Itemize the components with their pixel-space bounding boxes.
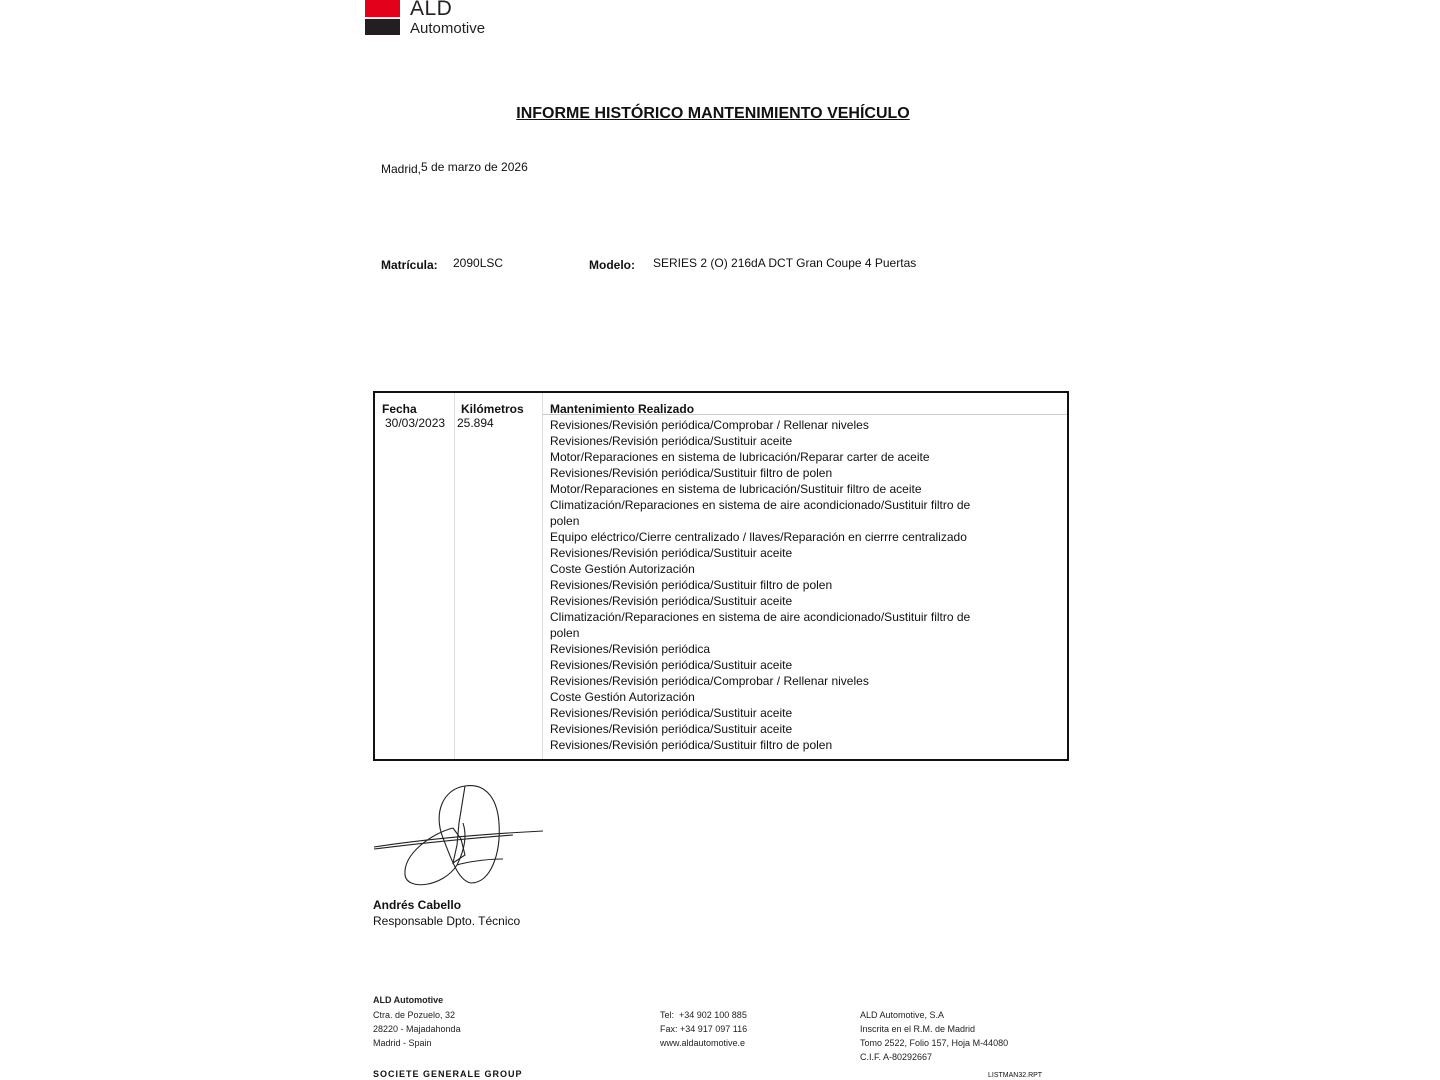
maintenance-item: Revisiones/Revisión periódica/Sustituir … [550, 737, 990, 753]
group-name: SOCIETE GENERALE GROUP [373, 1069, 523, 1079]
maintenance-item: Coste Gestión Autorización [550, 561, 990, 577]
ald-automotive-logo: ALD Automotive [365, 0, 485, 36]
maintenance-item: Coste Gestión Autorización [550, 689, 990, 705]
legal-line: Inscrita en el R.M. de Madrid [860, 1022, 1008, 1036]
maintenance-item: Revisiones/Revisión periódica/Comprobar … [550, 673, 990, 689]
maintenance-item: Revisiones/Revisión periódica/Sustituir … [550, 705, 990, 721]
footer-contact: Tel: +34 902 100 885 Fax: +34 917 097 11… [660, 1008, 747, 1050]
maintenance-items-list: Revisiones/Revisión periódica/Comprobar … [550, 417, 990, 753]
maintenance-item: Revisiones/Revisión periódica/Sustituir … [550, 657, 990, 673]
maintenance-item: Revisiones/Revisión periódica/Sustituir … [550, 721, 990, 737]
logo-brand-subtitle: Automotive [410, 21, 485, 36]
plate-label: Matrícula: [381, 258, 438, 272]
maintenance-item: Revisiones/Revisión periódica/Comprobar … [550, 417, 990, 433]
footer-address: Ctra. de Pozuelo, 32 28220 - Majadahonda… [373, 1008, 461, 1050]
maintenance-item: Revisiones/Revisión periódica/Sustituir … [550, 577, 990, 593]
maintenance-item: Motor/Reparaciones en sistema de lubrica… [550, 449, 990, 465]
model-label: Modelo: [589, 258, 635, 272]
legal-line: ALD Automotive, S.A [860, 1008, 1008, 1022]
header-date: Fecha [382, 402, 417, 416]
maintenance-item: Motor/Reparaciones en sistema de lubrica… [550, 481, 990, 497]
signer-role: Responsable Dpto. Técnico [373, 914, 520, 928]
header-maintenance: Mantenimiento Realizado [550, 402, 694, 416]
maintenance-item: Climatización/Reparaciones en sistema de… [550, 609, 990, 641]
address-line: Madrid - Spain [373, 1036, 461, 1050]
footer-legal: ALD Automotive, S.A Inscrita en el R.M. … [860, 1008, 1008, 1064]
maintenance-item: Revisiones/Revisión periódica/Sustituir … [550, 433, 990, 449]
report-date: 5 de marzo de 2026 [421, 160, 528, 174]
signature-image [373, 783, 545, 891]
footer-company: ALD Automotive [373, 993, 443, 1007]
maintenance-item: Climatización/Reparaciones en sistema de… [550, 497, 990, 529]
legal-line: C.I.F. A-80292667 [860, 1050, 1008, 1064]
legal-line: Tomo 2522, Folio 157, Hoja M-44080 [860, 1036, 1008, 1050]
column-divider [542, 393, 543, 759]
maintenance-item: Revisiones/Revisión periódica [550, 641, 990, 657]
row-date: 30/03/2023 [385, 416, 445, 430]
report-code: LISTMAN32.RPT [988, 1072, 1042, 1079]
logo-brand-name: ALD [410, 0, 485, 19]
maintenance-item: Equipo eléctrico/Cierre centralizado / l… [550, 529, 990, 545]
model-value: SERIES 2 (O) 216dA DCT Gran Coupe 4 Puer… [653, 256, 916, 270]
plate-value: 2090LSC [453, 256, 503, 270]
address-line: 28220 - Majadahonda [373, 1022, 461, 1036]
phone: Tel: +34 902 100 885 [660, 1008, 747, 1022]
fax: Fax: +34 917 097 116 [660, 1022, 747, 1036]
document-title: INFORME HISTÓRICO MANTENIMIENTO VEHÍCULO [0, 105, 1426, 123]
signer-name: Andrés Cabello [373, 898, 461, 912]
column-divider [454, 393, 455, 759]
maintenance-item: Revisiones/Revisión periódica/Sustituir … [550, 545, 990, 561]
row-km: 25.894 [457, 416, 494, 430]
maintenance-item: Revisiones/Revisión periódica/Sustituir … [550, 593, 990, 609]
website-link[interactable]: www.aldautomotive.e [660, 1036, 747, 1050]
city: Madrid, [381, 162, 421, 176]
date-line: Madrid,5 de marzo de 2026 [381, 160, 528, 174]
address-line: Ctra. de Pozuelo, 32 [373, 1008, 461, 1022]
header-km: Kilómetros [461, 402, 524, 416]
maintenance-item: Revisiones/Revisión periódica/Sustituir … [550, 465, 990, 481]
maintenance-table: Fecha Kilómetros Mantenimiento Realizado… [373, 391, 1069, 761]
logo-mark-icon [365, 0, 400, 35]
